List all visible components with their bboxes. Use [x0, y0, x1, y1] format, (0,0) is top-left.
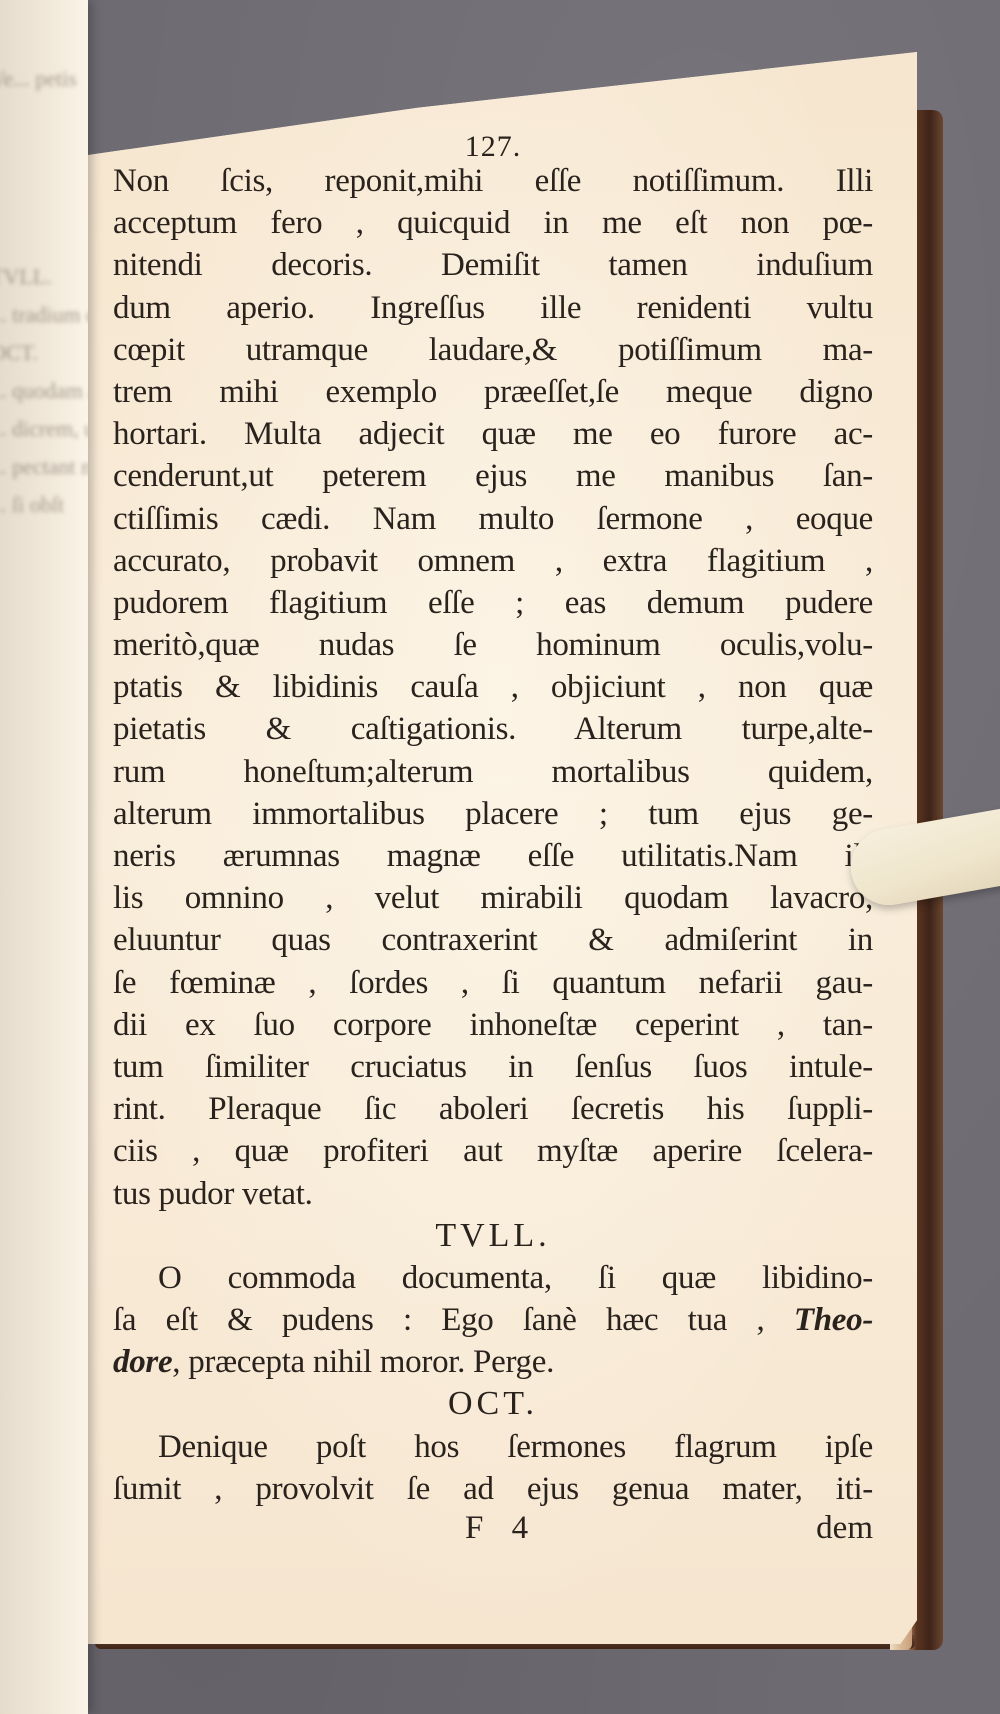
ghost-line: ... tradium comp — [0, 296, 88, 334]
page-footer: F 4 dem — [113, 1510, 873, 1552]
text-line: alterum immortalibus placere ; tum ejus … — [113, 793, 873, 835]
text-line: hortari. Multa adjecit quæ me eo furore … — [113, 413, 873, 455]
text-line: nitendi decoris. Demiſit tamen induſium — [113, 244, 873, 286]
ghost-line: ... quodam adeo — [0, 372, 88, 410]
text-line: pudorem flagitium eſſe ; eas demum puder… — [113, 582, 873, 624]
speech-line: Denique poſt hos ſermones flagrum ipſe — [113, 1426, 873, 1468]
speech-line: O commoda documenta, ſi quæ libidino- — [113, 1257, 873, 1299]
ghost-line: Ve... petis — [0, 60, 88, 98]
text-line: rint. Pleraque ſic aboleri ſecretis his … — [113, 1088, 873, 1130]
ghost-line: ... dicrem, ut — [0, 410, 88, 448]
text-line: dum aperio. Ingreſſus ille renidenti vul… — [113, 287, 873, 329]
facing-page-text: Ve... petis TVLL. ... tradium comp OCT. … — [0, 60, 88, 524]
speaker-heading-oct: OCT. — [113, 1383, 873, 1425]
text-line: ptatis & libidinis cauſa , objiciunt , n… — [113, 666, 873, 708]
text-line: dii ex ſuo corpore inhoneſtæ ceperint , … — [113, 1004, 873, 1046]
ghost-line: ... ſi obſt — [0, 486, 88, 524]
speech-name-italic: dore — [113, 1344, 172, 1380]
ghost-line: ... pectant nihil — [0, 448, 88, 486]
text-line: acceptum fero , quicquid in me eſt non p… — [113, 202, 873, 244]
facing-page-blurred: Ve... petis TVLL. ... tradium comp OCT. … — [0, 0, 88, 1714]
text-line: lis omnino , velut mirabili quodam lavac… — [113, 877, 873, 919]
speech-name-italic: Theo- — [794, 1302, 873, 1338]
text-block: Non ſcis, reponit,mihi eſſe notiſſimum. … — [113, 160, 873, 1552]
text-line: rum honeſtum;alterum mortalibus quidem, — [113, 751, 873, 793]
text-line: tum ſimiliter cruciatus in ſenſus ſuos i… — [113, 1046, 873, 1088]
text-line: ctiſſimis cædi. Nam multo ſermone , eoqu… — [113, 498, 873, 540]
book-page: 127. Non ſcis, reponit,mihi eſſe notiſſi… — [85, 52, 917, 1644]
text-line: tus pudor vetat. — [113, 1173, 873, 1215]
speech-line: ſa eſt & pudens : Ego ſanè hæc tua , The… — [113, 1299, 873, 1341]
page-number: 127. — [113, 130, 873, 164]
speech-line: dore, præcepta nihil moror. Perge. — [113, 1341, 873, 1383]
ghost-line: TVLL. — [0, 258, 88, 296]
text-line: neris ærumnas magnæ eſſe utilitatis.Nam … — [113, 835, 873, 877]
speech-text: ſa eſt & pudens : Ego ſanè hæc tua , — [113, 1302, 764, 1338]
text-line: ſe fœminæ , ſordes , ſi quantum nefarii … — [113, 962, 873, 1004]
text-line: accurato, probavit omnem , extra flagiti… — [113, 540, 873, 582]
signature-mark: F 4 — [465, 1510, 538, 1547]
text-line: ciis , quæ profiteri aut myſtæ aperire ſ… — [113, 1130, 873, 1172]
text-line: trem mihi exemplo præeſſet,ſe meque dign… — [113, 371, 873, 413]
text-line: cenderunt,ut peterem ejus me manibus ſan… — [113, 455, 873, 497]
catchword: dem — [816, 1510, 873, 1547]
text-line: eluuntur quas contraxerint & admiſerint … — [113, 919, 873, 961]
speech-text: , præcepta nihil moror. Perge. — [172, 1344, 554, 1380]
text-line: cœpit utramque laudare,& potiſſimum ma- — [113, 329, 873, 371]
speaker-heading-tull: TVLL. — [113, 1215, 873, 1257]
ghost-line: OCT. — [0, 334, 88, 372]
speech-line: ſumit , provolvit ſe ad ejus genua mater… — [113, 1468, 873, 1510]
text-line: Non ſcis, reponit,mihi eſſe notiſſimum. … — [113, 160, 873, 202]
text-line: pietatis & caſtigationis. Alterum turpe,… — [113, 708, 873, 750]
text-line: meritò,quæ nudas ſe hominum oculis,volu- — [113, 624, 873, 666]
